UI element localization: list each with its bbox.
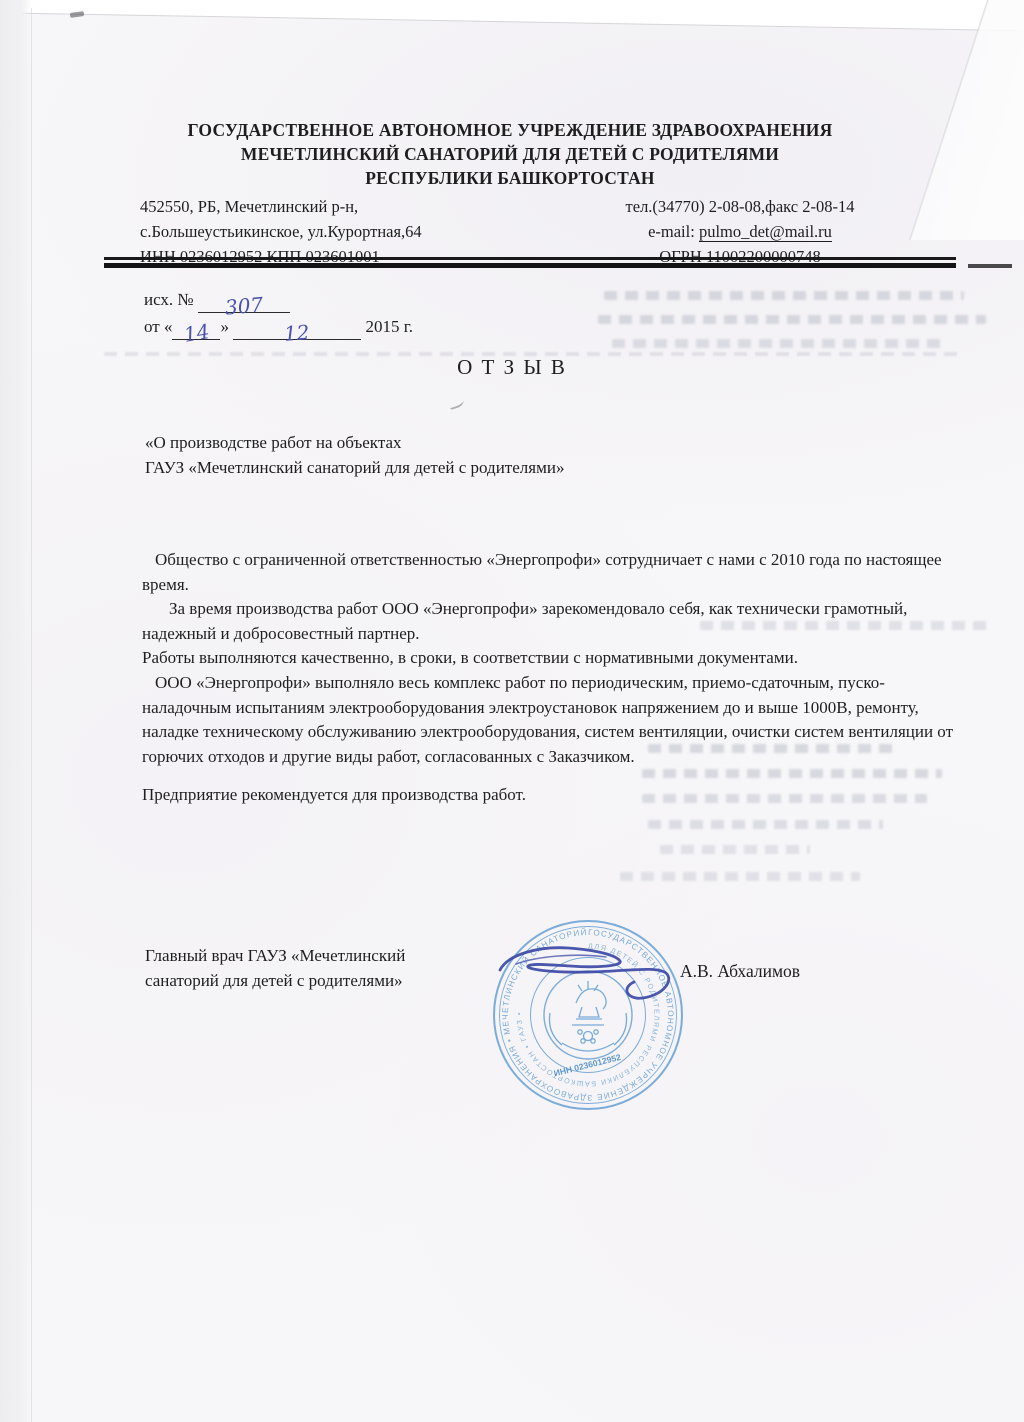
- reference-block: исх. № 307 от «14» 12 2015 г.: [144, 286, 413, 340]
- org-address-line1: 452550, РБ, Мечетлинский р-н,: [140, 194, 500, 219]
- bleed-through-artifact: [612, 339, 942, 348]
- handwritten-outgoing-number: 307: [224, 291, 264, 321]
- org-email-line: e-mail: pulmo_det@mail.ru: [560, 219, 920, 244]
- signer-position-line1: Главный врач ГАУЗ «Мечетлинский: [145, 943, 505, 968]
- date-day-field: 14: [172, 318, 220, 340]
- bleed-through-artifact: [620, 872, 860, 881]
- page-left-edge-line: [31, 8, 32, 1422]
- subject-line1: «О производстве работ на объектах: [145, 430, 845, 455]
- scan-corner-mark: [70, 11, 85, 18]
- signer-name: А.В. Абхалимов: [680, 961, 800, 982]
- date-line: от «14» 12 2015 г.: [144, 313, 413, 340]
- letter-body: Общество с ограниченной ответственностью…: [142, 548, 956, 808]
- pen-mark-artifact: [448, 397, 465, 410]
- signer-position: Главный врач ГАУЗ «Мечетлинский санатори…: [145, 943, 505, 993]
- org-address-line2: с.Большеустьикинское, ул.Курортная,64: [140, 219, 500, 244]
- letterhead-rule-fragment: [968, 264, 1012, 268]
- bleed-through-artifact: [604, 291, 964, 300]
- page-left-edge-strip: [0, 0, 31, 1422]
- outgoing-number-label: исх. №: [144, 290, 194, 309]
- signature-ink: [494, 936, 694, 1008]
- stamp-inn-text: ИНН 0236012952: [553, 1052, 622, 1078]
- letterhead-rule-thin: [104, 257, 956, 260]
- outgoing-number-line: исх. № 307: [144, 286, 413, 313]
- org-name-line1: ГОСУДАРСТВЕННОЕ АВТОНОМНОЕ УЧРЕЖДЕНИЕ ЗД…: [30, 118, 990, 142]
- body-paragraph-3: Работы выполняются качественно, в сроки,…: [142, 646, 956, 671]
- letterhead: ГОСУДАРСТВЕННОЕ АВТОНОМНОЕ УЧРЕЖДЕНИЕ ЗД…: [30, 118, 990, 190]
- scanned-letter-page: ГОСУДАРСТВЕННОЕ АВТОНОМНОЕ УЧРЕЖДЕНИЕ ЗД…: [0, 0, 1024, 1422]
- handwritten-day: 14: [182, 318, 211, 349]
- body-paragraph-2: За время производства работ ООО «Энергоп…: [142, 597, 956, 646]
- handwritten-month: 12: [284, 319, 311, 348]
- bleed-through-artifact: [660, 845, 810, 854]
- signer-position-line2: санаторий для детей с родителями»: [145, 968, 505, 993]
- org-phone-fax: тел.(34770) 2-08-08,факс 2-08-14: [560, 194, 920, 219]
- subject-block: «О производстве работ на объектах ГАУЗ «…: [145, 430, 845, 480]
- org-name-line3: РЕСПУБЛИКИ БАШКОРТОСТАН: [30, 166, 990, 190]
- scanner-platen-edge: [0, 0, 1024, 32]
- document-title: О Т З Ы В: [0, 355, 1024, 380]
- date-year: 2015 г.: [365, 317, 413, 336]
- org-name-line2: МЕЧЕТЛИНСКИЙ САНАТОРИЙ ДЛЯ ДЕТЕЙ С РОДИТ…: [30, 142, 990, 166]
- letterhead-rule-thick: [104, 263, 956, 268]
- bleed-through-artifact: [648, 820, 883, 829]
- org-email: pulmo_det@mail.ru: [699, 222, 832, 242]
- body-paragraph-5: Предприятие рекомендуется для производст…: [142, 783, 956, 808]
- outgoing-number-field: 307: [198, 291, 290, 313]
- date-month-field: 12: [233, 318, 361, 340]
- bleed-through-artifact: [598, 315, 986, 324]
- email-label: e-mail:: [648, 222, 699, 241]
- body-paragraph-4: ООО «Энергопрофи» выполняло весь комплек…: [142, 671, 956, 769]
- subject-line2: ГАУЗ «Мечетлинский санаторий для детей с…: [145, 455, 845, 480]
- body-paragraph-1: Общество с ограниченной ответственностью…: [142, 548, 956, 597]
- date-prefix: от «: [144, 317, 172, 336]
